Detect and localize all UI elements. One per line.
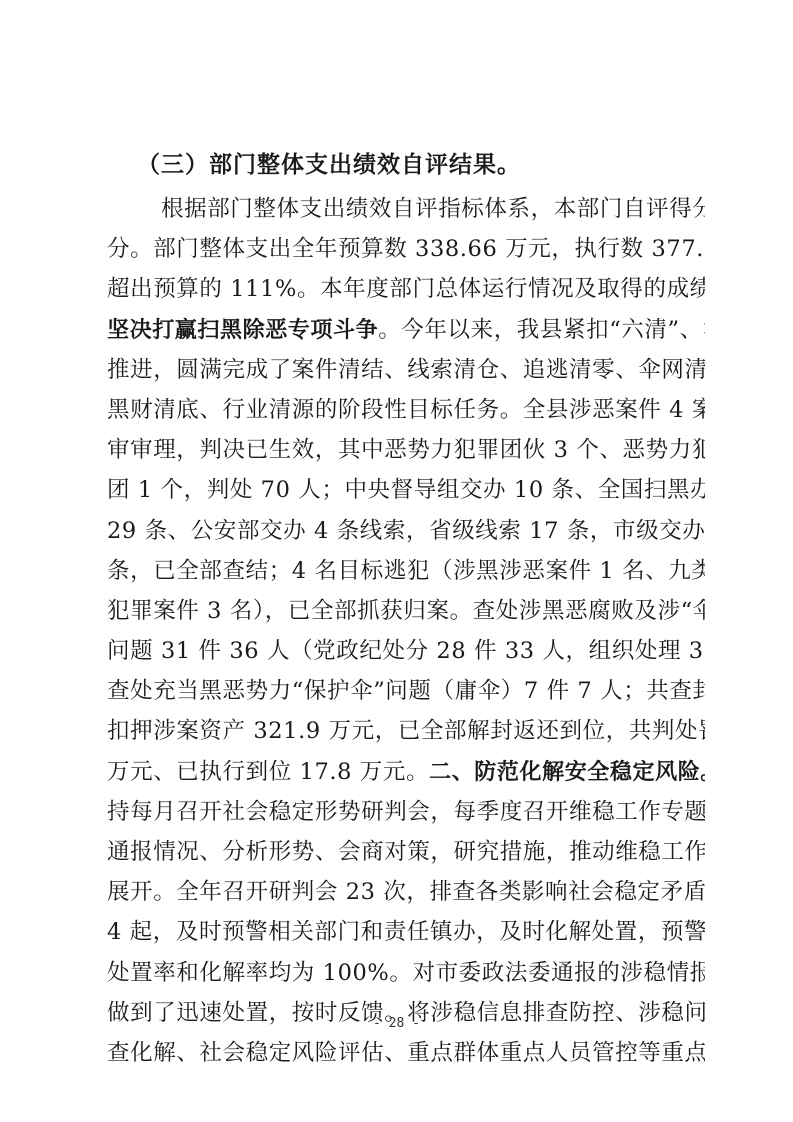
text-line: 黑财清底、行业清源的阶段性目标任务。全县涉恶案件 4 案经二 (107, 390, 705, 430)
text-line: 超出预算的 111%。本年度部门总体运行情况及取得的成绩：一、 (107, 269, 705, 309)
text-run: 超出预算的 111%。本年度部门总体运行情况及取得的成绩：一、 (107, 276, 705, 302)
text-line: 坚决打赢扫黑除恶专项斗争。今年以来，我县紧扣“六清”、深入 (107, 310, 705, 350)
text-line: 条，已全部查结；4 名目标逃犯（涉黑涉恶案件 1 名、九类刑事 (107, 551, 705, 591)
text-line: 29 条、公安部交办 4 条线索，省级线索 17 条，市级交办线索 108 (107, 511, 705, 551)
text-run: 审审理，判决已生效，其中恶势力犯罪团伙 3 个、恶势力犯罪集 (107, 437, 705, 463)
text-run: 4 起，及时预警相关部门和责任镇办，及时化解处置，预警防范 (107, 919, 705, 945)
page-number: - 28 - (0, 1016, 793, 1031)
text-line: 审审理，判决已生效，其中恶势力犯罪团伙 3 个、恶势力犯罪集 (107, 430, 705, 470)
text-run: 展开。全年召开研判会 23 次，排查各类影响社会稳定矛盾问题 (107, 879, 705, 905)
text-line: 查处充当黑恶势力“保护伞”问题（庸伞）7 件 7 人；共查封冻结 (107, 671, 705, 711)
bold-text-run: 二、防范化解安全稳定风险。 (429, 760, 705, 785)
text-run: 持每月召开社会稳定形势研判会，每季度召开维稳工作专题会， (107, 799, 705, 825)
text-line: 扣押涉案资产 321.9 万元，已全部解封返还到位，共判处罚金 22.2 (107, 711, 705, 751)
bold-text-run: 坚决打赢扫黑除恶专项斗争 (107, 318, 378, 343)
text-run: 。今年以来，我县紧扣“六清”、深入 (378, 317, 705, 343)
text-run: 处置率和化解率均为 100%。对市委政法委通报的涉稳情报，均 (107, 960, 705, 986)
text-run: 推进，圆满完成了案件清结、线索清仓、追逃清零、伞网清除、 (107, 357, 705, 383)
text-line: 通报情况、分析形势、会商对策，研究措施，推动维稳工作有序 (107, 832, 705, 872)
text-line: 万元、已执行到位 17.8 万元。二、防范化解安全稳定风险。坚 (107, 752, 705, 792)
text-line: 犯罪案件 3 名），已全部抓获归案。查处涉黑恶腐败及涉“伞” (107, 591, 705, 631)
text-line: 持每月召开社会稳定形势研判会，每季度召开维稳工作专题会， (107, 792, 705, 832)
text-line: 处置率和化解率均为 100%。对市委政法委通报的涉稳情报，均 (107, 953, 705, 993)
text-run: 分。部门整体支出全年预算数 338.66 万元，执行数 377.87 万元， (107, 236, 705, 262)
text-line: 问题 31 件 36 人（党政纪处分 28 件 33 人，组织处理 3 件 3 … (107, 631, 705, 671)
document-page: （三）部门整体支出绩效自评结果。 根据部门整体支出绩效自评指标体系，本部门自评得… (107, 145, 705, 1073)
text-run: 查处充当黑恶势力“保护伞”问题（庸伞）7 件 7 人；共查封冻结 (107, 678, 705, 704)
text-run: 黑财清底、行业清源的阶段性目标任务。全县涉恶案件 4 案经二 (107, 397, 705, 423)
text-run: 条，已全部查结；4 名目标逃犯（涉黑涉恶案件 1 名、九类刑事 (107, 558, 705, 584)
body-paragraph: 根据部门整体支出绩效自评指标体系，本部门自评得分 90分。部门整体支出全年预算数… (107, 189, 705, 1073)
text-line: 4 起，及时预警相关部门和责任镇办，及时化解处置，预警防范 (107, 912, 705, 952)
text-run: 问题 31 件 36 人（党政纪处分 28 件 33 人，组织处理 3 件 3 … (107, 638, 705, 664)
text-run: 团 1 个，判处 70 人；中央督导组交办 10 条、全国扫黑办交办 (107, 477, 705, 503)
text-line: 展开。全年召开研判会 23 次，排查各类影响社会稳定矛盾问题 (107, 872, 705, 912)
text-line: 分。部门整体支出全年预算数 338.66 万元，执行数 377.87 万元， (107, 229, 705, 269)
text-line: 查化解、社会稳定风险评估、重点群体重点人员管控等重点工作 (107, 1033, 705, 1073)
text-line: 根据部门整体支出绩效自评指标体系，本部门自评得分 90 (107, 189, 705, 229)
text-line: 团 1 个，判处 70 人；中央督导组交办 10 条、全国扫黑办交办 (107, 470, 705, 510)
text-run: 犯罪案件 3 名），已全部抓获归案。查处涉黑恶腐败及涉“伞” (107, 598, 705, 624)
section-heading: （三）部门整体支出绩效自评结果。 (107, 145, 705, 185)
text-run: 通报情况、分析形势、会商对策，研究措施，推动维稳工作有序 (107, 839, 705, 865)
text-run: 扣押涉案资产 321.9 万元，已全部解封返还到位，共判处罚金 22.2 (107, 718, 705, 744)
text-run: 29 条、公安部交办 4 条线索，省级线索 17 条，市级交办线索 108 (107, 518, 705, 544)
text-line: 推进，圆满完成了案件清结、线索清仓、追逃清零、伞网清除、 (107, 350, 705, 390)
text-run: 根据部门整体支出绩效自评指标体系，本部门自评得分 90 (161, 196, 705, 222)
text-run: 查化解、社会稳定风险评估、重点群体重点人员管控等重点工作 (107, 1040, 705, 1066)
text-run: 万元、已执行到位 17.8 万元。 (107, 759, 429, 785)
